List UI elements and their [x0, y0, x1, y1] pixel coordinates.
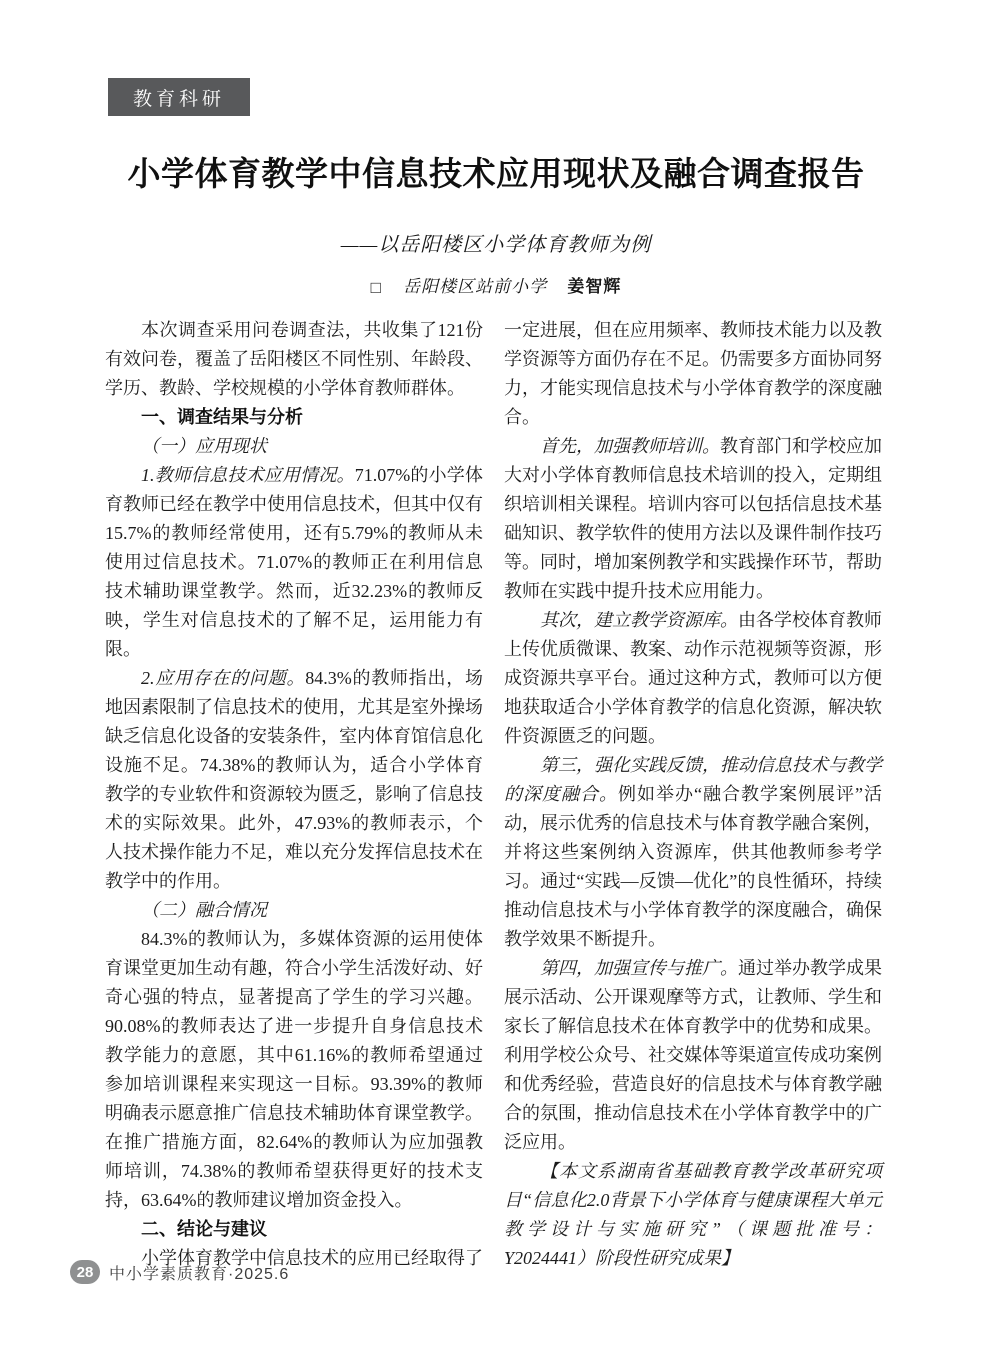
- paragraph: 一、调查结果与分析: [105, 403, 483, 432]
- paragraph: 【本文系湖南省基础教育教学改革研究项目“信息化2.0背景下小学体育与健康课程大单…: [504, 1157, 882, 1273]
- paragraph: 第三，强化实践反馈，推动信息技术与教学的深度融合。例如举办“融合教学案例展评”活…: [504, 751, 882, 954]
- paragraph: 2.应用存在的问题。84.3%的教师指出，场地因素限制了信息技术的使用，尤其是室…: [105, 664, 483, 896]
- paragraph: 其次，建立教学资源库。由各学校体育教师上传优质微课、教案、动作示范视频等资源，形…: [504, 606, 882, 751]
- author-name: 姜智辉: [567, 277, 621, 296]
- paragraph: 1.教师信息技术应用情况。71.07%的小学体育教师已经在教学中使用信息技术，但…: [105, 461, 483, 664]
- left-column: 本次调查采用问卷调查法，共收集了121份有效问卷，覆盖了岳阳楼区不同性别、年龄段…: [105, 316, 483, 1273]
- paragraph-lead: 其次，建立教学资源库。: [540, 610, 738, 630]
- paragraph: （一）应用现状: [105, 432, 483, 461]
- paragraph-lead: 1.教师信息技术应用情况。: [141, 465, 355, 485]
- article-page: 教育科研 小学体育教学中信息技术应用现状及融合调查报告 ——以岳阳楼区小学体育教…: [0, 0, 992, 1346]
- page-number-badge: 28: [70, 1260, 100, 1284]
- paragraph-lead: 第三，强化实践反馈，推动信息技术与教学的深度融合。: [504, 755, 882, 804]
- paragraph: （二）融合情况: [105, 896, 483, 925]
- right-column: 一定进展，但在应用频率、教师技术能力以及教学资源等方面仍存在不足。仍需要多方面协…: [504, 316, 882, 1273]
- author-marker-icon: □: [371, 278, 381, 298]
- journal-name: 中小学素质教育·2025.6: [109, 1261, 289, 1284]
- paragraph: 本次调查采用问卷调查法，共收集了121份有效问卷，覆盖了岳阳楼区不同性别、年龄段…: [105, 316, 483, 403]
- paragraph: 二、结论与建议: [105, 1215, 483, 1244]
- article-subtitle: ——以岳阳楼区小学体育教师为例: [0, 228, 992, 257]
- page-footer: 28 中小学素质教育·2025.6: [70, 1260, 289, 1284]
- paragraph-lead: 第四，加强宣传与推广。: [540, 958, 738, 978]
- paragraph: 首先，加强教师培训。教育部门和学校应加大对小学体育教师信息技术培训的投入，定期组…: [504, 432, 882, 606]
- paragraph-lead: 首先，加强教师培训。: [540, 436, 720, 456]
- paragraph: 第四，加强宣传与推广。通过举办教学成果展示活动、公开课观摩等方式，让教师、学生和…: [504, 954, 882, 1157]
- category-badge-label: 教育科研: [133, 84, 225, 111]
- paragraph: 84.3%的教师认为，多媒体资源的运用使体育课堂更加生动有趣，符合小学生活泼好动…: [105, 925, 483, 1215]
- paragraph: 一定进展，但在应用频率、教师技术能力以及教学资源等方面仍存在不足。仍需要多方面协…: [504, 316, 882, 432]
- article-title: 小学体育教学中信息技术应用现状及融合调查报告: [0, 148, 992, 195]
- category-badge: 教育科研: [108, 78, 250, 116]
- paragraph-lead: 2.应用存在的问题。: [141, 668, 305, 688]
- article-body: 本次调查采用问卷调查法，共收集了121份有效问卷，覆盖了岳阳楼区不同性别、年龄段…: [105, 316, 882, 1273]
- author-affiliation: 岳阳楼区站前小学: [403, 277, 547, 296]
- author-line: □ 岳阳楼区站前小学 姜智辉: [0, 272, 992, 297]
